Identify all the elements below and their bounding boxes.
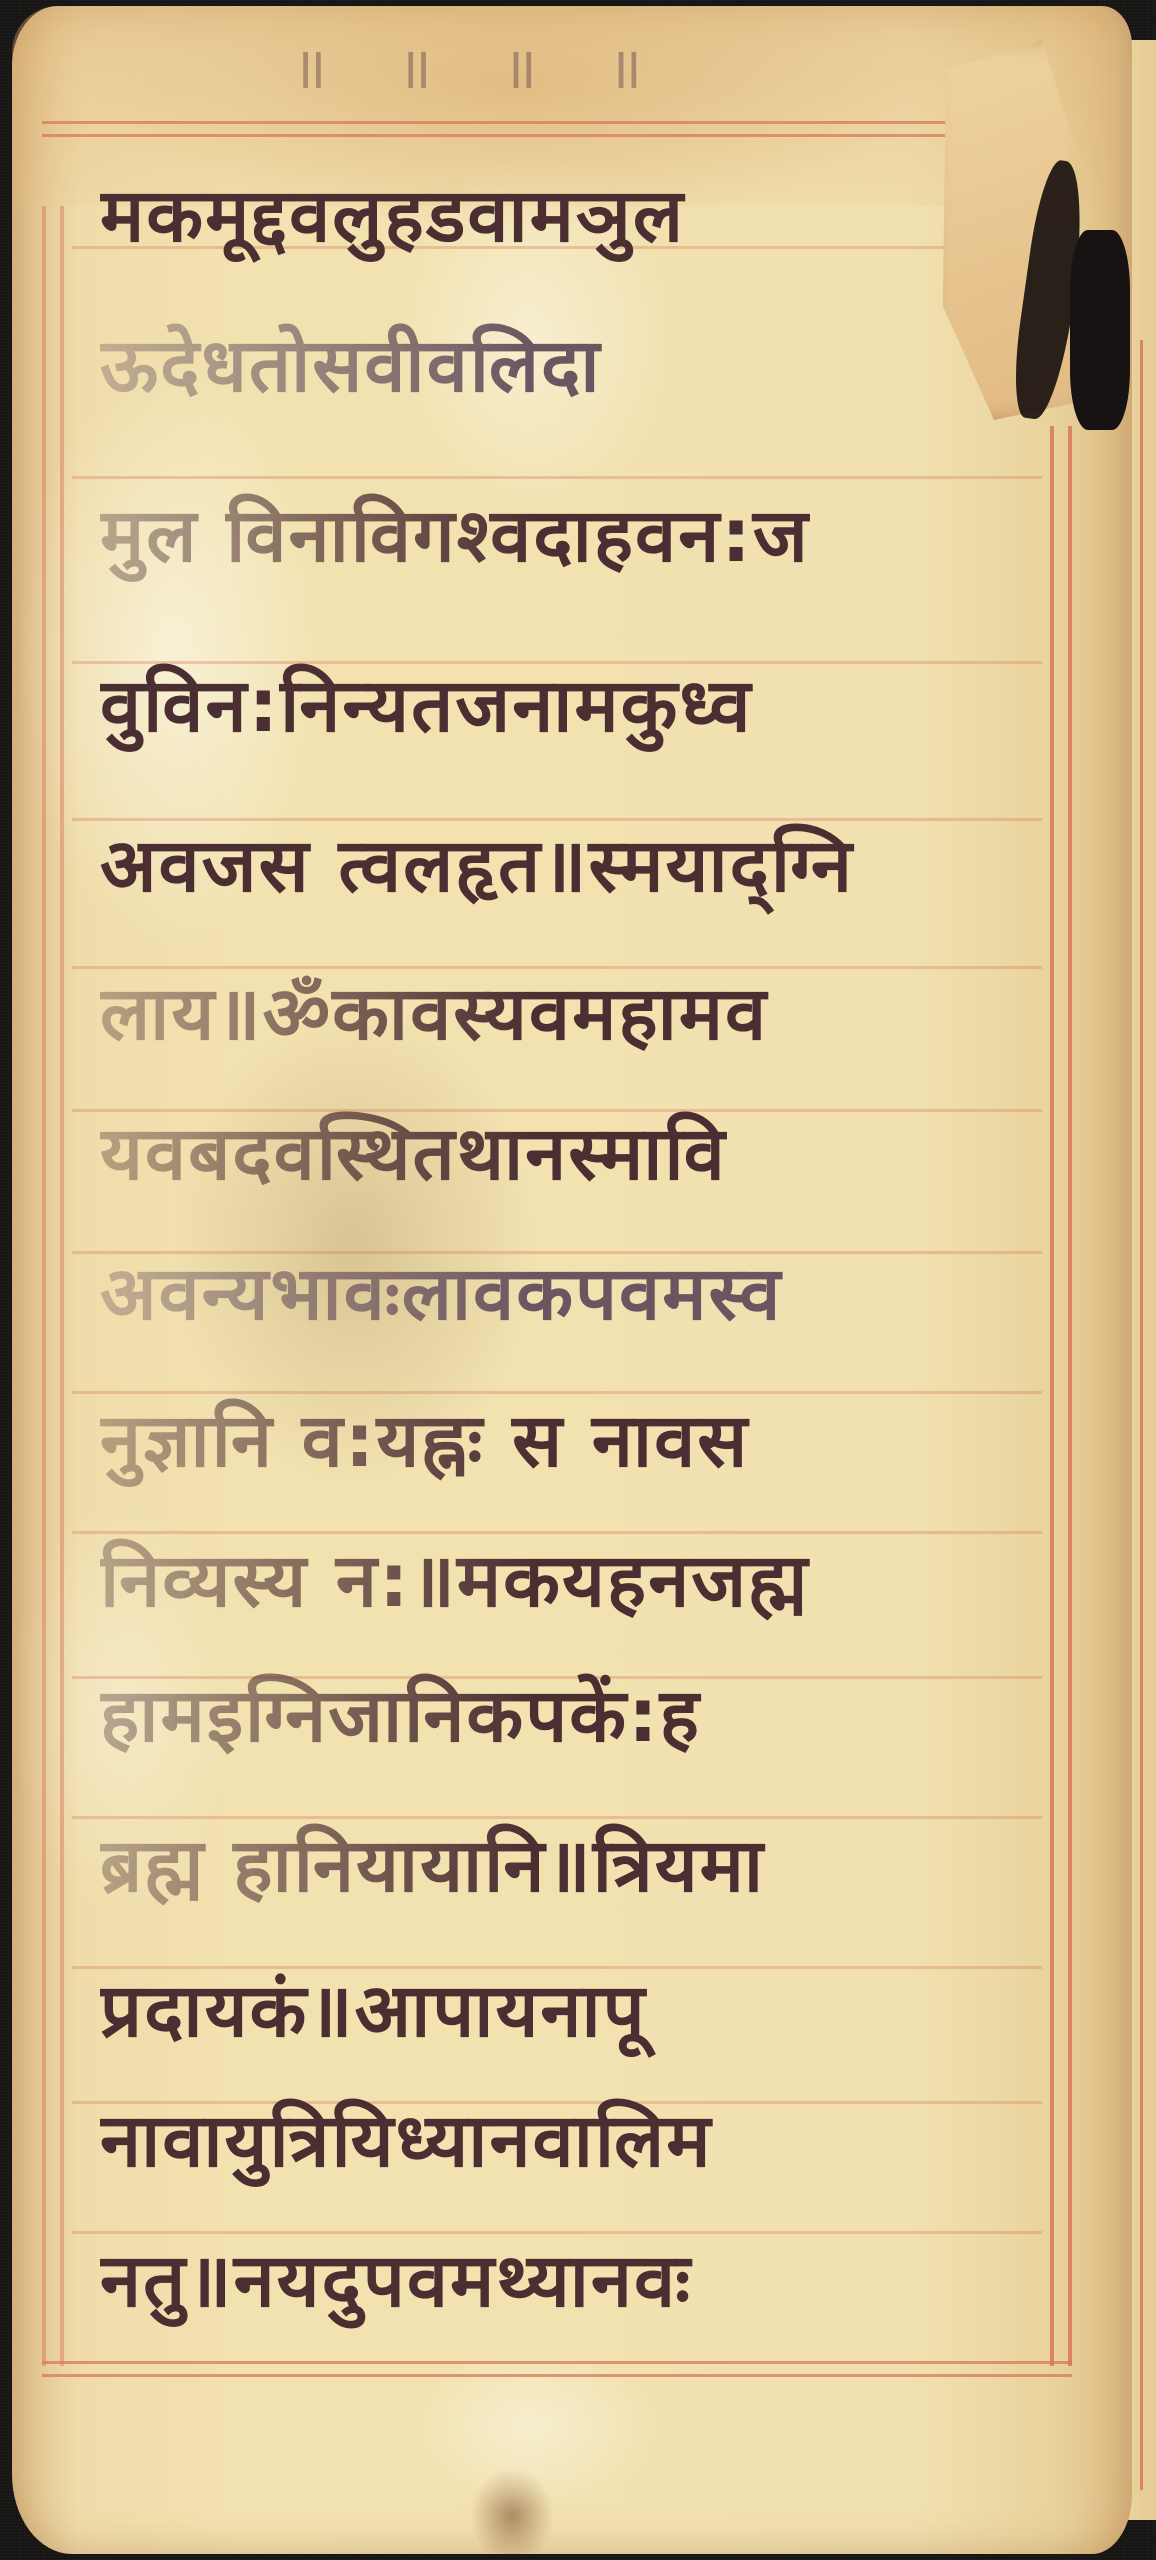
- text-line-8: अवन्यभावःलावकपवमस्व: [100, 1234, 1060, 1354]
- text-line-1: मकमूद्दवलुहडवामञुल: [100, 156, 1060, 276]
- text-line-4: वुविन:निन्यतजनामकुध्व: [100, 646, 1060, 766]
- red-ruling-left: [60, 206, 64, 2366]
- red-ruling: [1140, 340, 1143, 2490]
- torn-hole: [1070, 230, 1130, 430]
- folio-header-text: ॥ ॥ ॥ ॥: [292, 26, 912, 105]
- red-ruling-bottom: [42, 2361, 1072, 2364]
- manuscript-folio: ॥ ॥ ॥ ॥ मकमूद्दवलुहडवामञुल ऊदेधतोसवीवलिद…: [12, 6, 1132, 2554]
- red-ruling-bottom: [42, 2374, 1072, 2377]
- manuscript-photo: ॥ ॥ ॥ ॥ मकमूद्दवलुहडवामञुल ऊदेधतोसवीवलिद…: [0, 0, 1156, 2560]
- text-line-2: ऊदेधतोसवीवलिदा: [100, 306, 1060, 426]
- red-ruling-top: [42, 134, 1042, 137]
- red-ruling-left: [42, 206, 46, 2366]
- text-line-11: हामइग्निजानिकपकें:ह: [100, 1656, 1060, 1776]
- text-line-15: नतु॥नयदुपवमथ्यानवः: [100, 2221, 1060, 2341]
- text-line-5: अवजस त्वलहृत॥स्मयाद्ग्नि: [100, 806, 1060, 926]
- text-line-12: ब्रह्म हानियायानि॥त्रियमा: [100, 1806, 1060, 1926]
- text-line-10: निव्यस्य न:॥मकयहनजह्म: [100, 1521, 1060, 1641]
- text-line-9: नुज्ञानि व:यह्नः स नावस: [100, 1381, 1060, 1501]
- red-ruling-right: [1068, 426, 1072, 2366]
- text-line-14: नावायुत्रियिध्यानवालिम: [100, 2081, 1060, 2201]
- text-line-13: प्रदायकं॥आपायनापू: [100, 1951, 1060, 2071]
- text-line-6: लाय॥ॐकावस्यवमहामव: [100, 954, 1060, 1074]
- text-line-3: मुल विनाविगश्वदाहवन:ज: [100, 476, 1060, 596]
- red-ruling-top: [42, 121, 1042, 124]
- text-line-7: यवबदवस्थितथानस्मावि: [100, 1094, 1060, 1214]
